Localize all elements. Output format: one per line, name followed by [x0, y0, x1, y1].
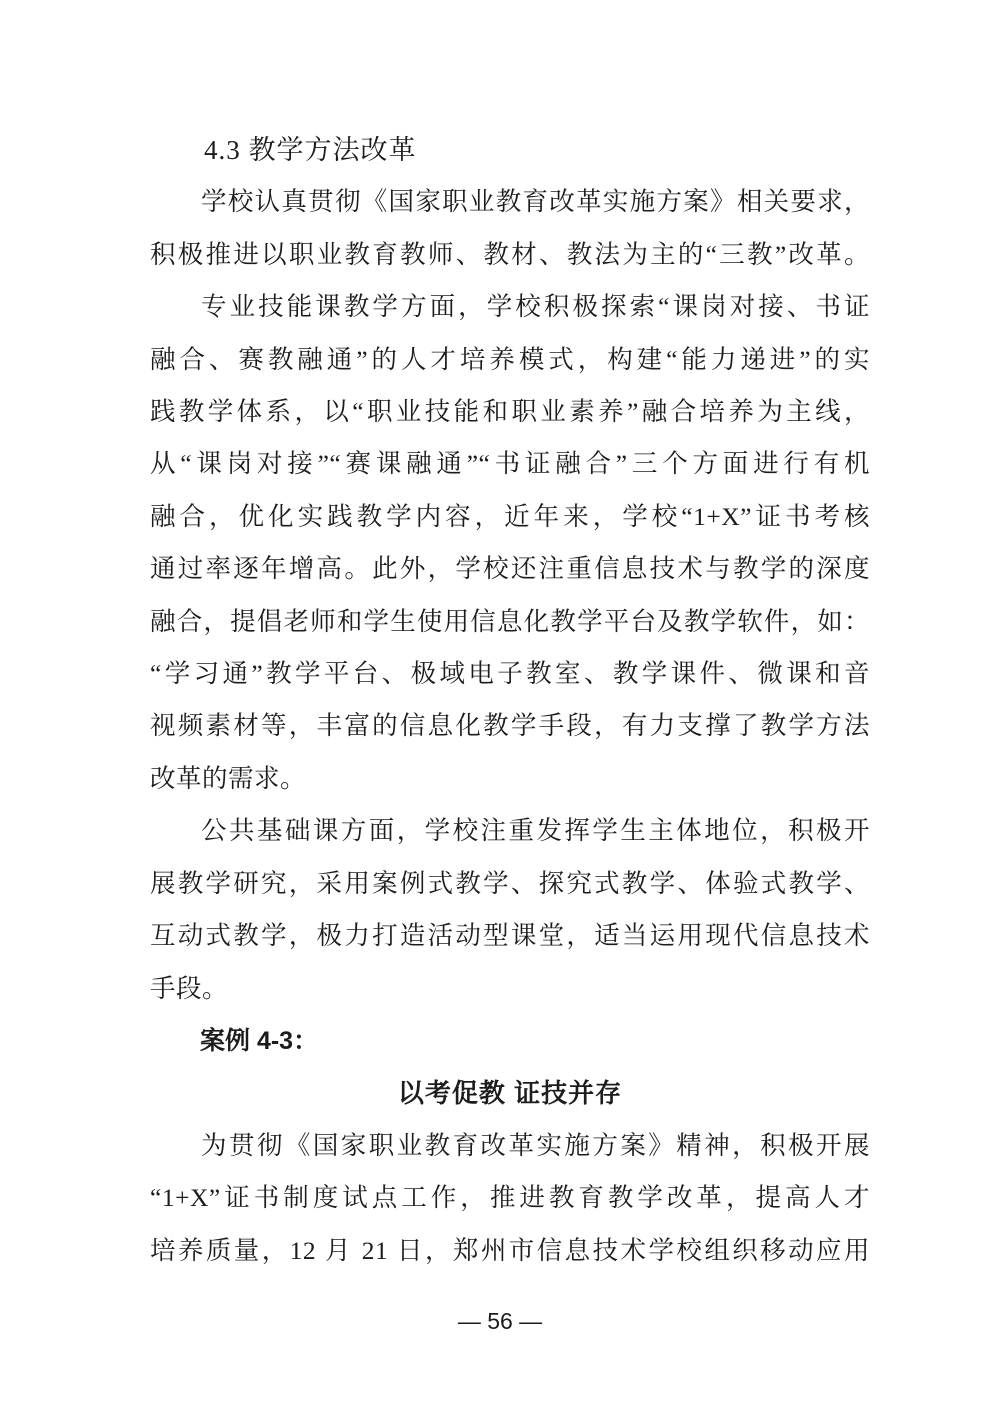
paragraph-line: 公共基础课方面，学校注重发挥学生主体地位，积极开: [150, 805, 870, 857]
paragraph-line: 积极推进以职业教育教师、教材、教法为主的“三教”改革。: [150, 229, 870, 281]
paragraph-3: 公共基础课方面，学校注重发挥学生主体地位，积极开 展教学研究，采用案例式教学、探…: [150, 805, 870, 1015]
paragraph-line: 融合、赛教融通”的人才培养模式，构建“能力递进”的实: [150, 334, 870, 386]
paragraph-line: 融合，提倡老师和学生使用信息化教学平台及教学软件，如：: [150, 596, 870, 648]
paragraph-line: 专业技能课教学方面，学校积极探索“课岗对接、书证: [150, 281, 870, 333]
document-page: 4.3 教学方法改革 学校认真贯彻《国家职业教育改革实施方案》相关要求， 积极推…: [0, 0, 1000, 1414]
paragraph-line: 从“课岗对接”“赛课融通”“书证融合”三个方面进行有机: [150, 438, 870, 490]
paragraph-line: 培养质量，12 月 21 日，郑州市信息技术学校组织移动应用: [150, 1225, 870, 1277]
paragraph-line: 互动式教学，极力打造活动型课堂，适当运用现代信息技术: [150, 910, 870, 962]
paragraph-line: 手段。: [150, 963, 870, 1015]
paragraph-line: 融合，优化实践教学内容，近年来，学校“1+X”证书考核: [150, 491, 870, 543]
paragraph-line: “1+X”证书制度试点工作，推进教育教学改革，提高人才: [150, 1172, 870, 1224]
paragraph-line: 改革的需求。: [150, 753, 870, 805]
paragraph-line: 学校认真贯彻《国家职业教育改革实施方案》相关要求，: [150, 176, 870, 228]
paragraph-2: 专业技能课教学方面，学校积极探索“课岗对接、书证 融合、赛教融通”的人才培养模式…: [150, 281, 870, 805]
paragraph-line: 为贯彻《国家职业教育改革实施方案》精神，积极开展: [150, 1120, 870, 1172]
case-title: 以考促教 证技并存: [150, 1067, 870, 1119]
paragraph-line: 通过率逐年增高。此外，学校还注重信息技术与教学的深度: [150, 543, 870, 595]
paragraph-1: 学校认真贯彻《国家职业教育改革实施方案》相关要求， 积极推进以职业教育教师、教材…: [150, 176, 870, 281]
paragraph-line: “学习通”教学平台、极域电子教室、教学课件、微课和音: [150, 648, 870, 700]
paragraph-line: 展教学研究，采用案例式教学、探究式教学、体验式教学、: [150, 858, 870, 910]
section-heading: 4.3 教学方法改革: [150, 124, 870, 176]
page-number: — 56 —: [0, 1308, 1000, 1335]
page-content: 4.3 教学方法改革 学校认真贯彻《国家职业教育改革实施方案》相关要求， 积极推…: [150, 124, 870, 1277]
case-label: 案例 4-3：: [150, 1015, 870, 1067]
paragraph-line: 践教学体系，以“职业技能和职业素养”融合培养为主线，: [150, 386, 870, 438]
paragraph-4: 为贯彻《国家职业教育改革实施方案》精神，积极开展 “1+X”证书制度试点工作，推…: [150, 1120, 870, 1277]
paragraph-line: 视频素材等，丰富的信息化教学手段，有力支撑了教学方法: [150, 700, 870, 752]
